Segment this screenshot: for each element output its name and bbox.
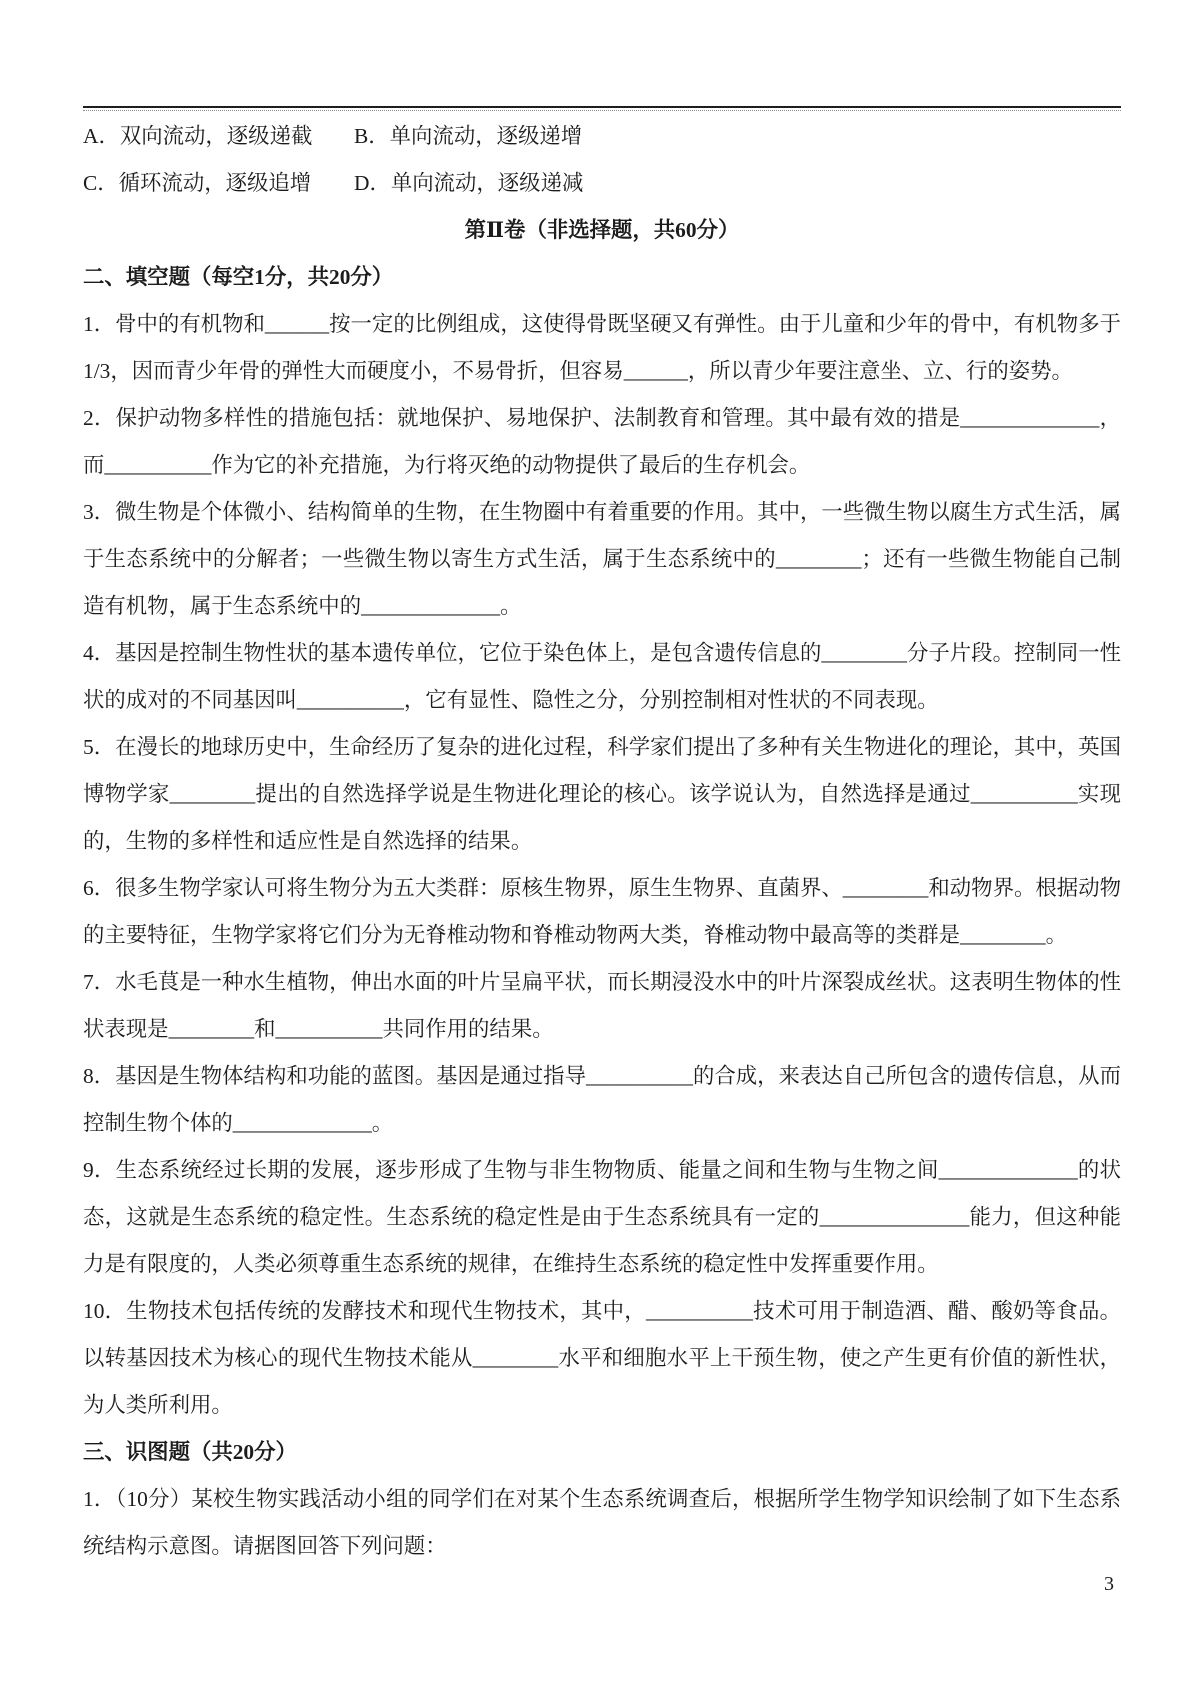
fill-question-10: 10．生物技术包括传统的发酵技术和现代生物技术，其中，__________技术可…	[83, 1288, 1121, 1429]
choice-row-cd: C．循环流动，逐级追增D．单向流动，逐级递减	[83, 160, 1121, 207]
fill-question-8: 8．基因是生物体结构和功能的蓝图。基因是通过指导__________的合成，来表…	[83, 1053, 1121, 1147]
fill-question-5: 5．在漫长的地球历史中，生命经历了复杂的进化过程，科学家们提出了多种有关生物进化…	[83, 724, 1121, 865]
fill-question-2: 2．保护动物多样性的措施包括：就地保护、易地保护、法制教育和管理。其中最有效的措…	[83, 395, 1121, 489]
fill-question-3: 3．微生物是个体微小、结构简单的生物，在生物圈中有着重要的作用。其中，一些微生物…	[83, 489, 1121, 630]
header-separator-line	[83, 106, 1121, 108]
fill-question-9: 9．生态系统经过长期的发展，逐步形成了生物与非生物物质、能量之间和生物与生物之间…	[83, 1147, 1121, 1288]
page-content: A．双向流动，逐级递截B．单向流动，逐级递增 C．循环流动，逐级追增D．单向流动…	[83, 0, 1121, 1570]
top-margin	[83, 0, 1121, 106]
choice-row-ab: A．双向流动，逐级递截B．单向流动，逐级递增	[83, 113, 1121, 160]
choice-option-a: A．双向流动，逐级递截	[83, 113, 354, 160]
exam-body: A．双向流动，逐级递截B．单向流动，逐级递增 C．循环流动，逐级追增D．单向流动…	[83, 111, 1121, 1570]
diagram-question-intro: 1．（10分）某校生物实践活动小组的同学们在对某个生态系统调查后，根据所学生物学…	[83, 1476, 1121, 1570]
choice-option-c: C．循环流动，逐级追增	[83, 160, 354, 207]
choice-option-d: D．单向流动，逐级递减	[354, 171, 583, 195]
diagram-section-heading: 三、识图题（共20分）	[83, 1429, 1121, 1476]
page-number: 3	[1104, 1570, 1114, 1598]
exam-page: A．双向流动，逐级递截B．单向流动，逐级递增 C．循环流动，逐级追增D．单向流动…	[0, 0, 1200, 1698]
part2-title: 第Ⅱ卷（非选择题，共60分）	[83, 207, 1121, 254]
choice-option-b: B．单向流动，逐级递增	[354, 124, 582, 148]
fill-question-4: 4．基因是控制生物性状的基本遗传单位，它位于染色体上，是包含遗传信息的_____…	[83, 630, 1121, 724]
fill-in-section-heading: 二、填空题（每空1分，共20分）	[83, 254, 1121, 301]
fill-question-6: 6．很多生物学家认可将生物分为五大类群：原核生物界，原生生物界、直菌界、____…	[83, 865, 1121, 959]
fill-question-7: 7．水毛茛是一种水生植物，伸出水面的叶片呈扁平状，而长期浸没水中的叶片深裂成丝状…	[83, 959, 1121, 1053]
fill-question-1: 1．骨中的有机物和______按一定的比例组成，这使得骨既坚硬又有弹性。由于儿童…	[83, 301, 1121, 395]
